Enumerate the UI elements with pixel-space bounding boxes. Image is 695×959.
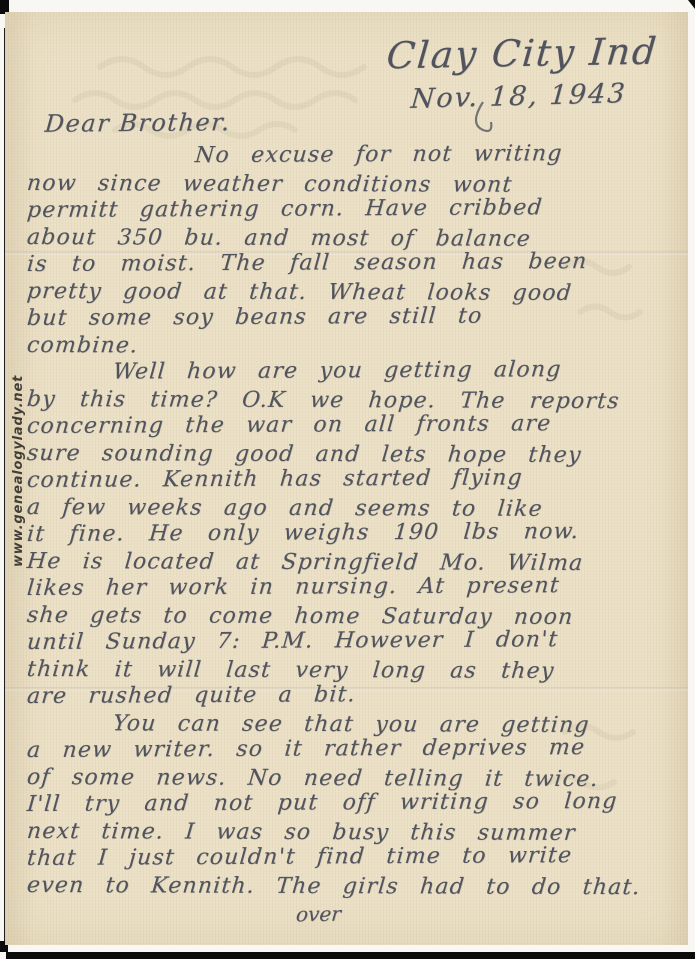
letter-line: concerning the war on all fronts are — [26, 410, 674, 440]
letter-line: it fine. He only weighs 190 lbs now. — [26, 518, 674, 548]
letter-line: continue. Kennith has started flying — [26, 464, 674, 494]
scan-corner-artifact-top-right — [688, 0, 695, 9]
letter-body: No excuse for not writing now since weat… — [27, 143, 672, 899]
letter-place-line: Clay City Ind — [385, 30, 660, 78]
letter-line: until Sunday 7: P.M. However I don't — [26, 626, 674, 656]
letter-line: I'll try and not put off writing so long — [26, 788, 674, 818]
letter-line: No excuse for not writing — [26, 140, 674, 170]
watermark-url: www.genealogylady.net — [11, 383, 29, 567]
letter-date-line: Nov. 18, 1943 — [409, 78, 627, 115]
letter-line: but some soy beans are still to — [26, 302, 674, 332]
letter-line: is to moist. The fall season has been — [26, 248, 674, 278]
scan-edge-artifact-bottom — [6, 952, 695, 959]
letter-line: are rushed quite a bit. — [26, 680, 674, 710]
letter-line: likes her work in nursing. At present — [26, 572, 674, 602]
letter-line: permitt gathering corn. Have cribbed — [26, 194, 674, 224]
letter-line: Well how are you getting along — [26, 356, 674, 386]
letter-line: a new writer. so it rather deprives me — [26, 734, 674, 764]
letter-line: that I just couldn't find time to write — [26, 842, 674, 872]
letter-paper: Clay City Ind Nov. 18, 1943 Dear Brother… — [5, 12, 688, 945]
letter-over-note: over — [0, 896, 662, 932]
scanned-letter-page: Clay City Ind Nov. 18, 1943 Dear Brother… — [0, 0, 695, 959]
letter-salutation: Dear Brother. — [44, 108, 232, 138]
